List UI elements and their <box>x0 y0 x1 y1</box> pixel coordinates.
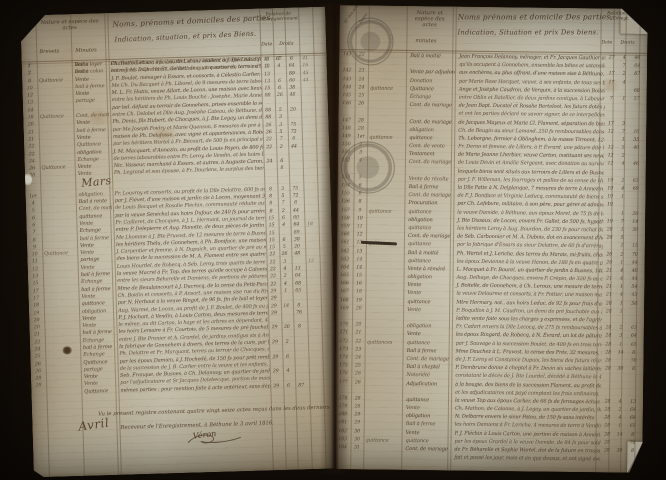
col-day: 12 <box>353 231 366 239</box>
header-relation-enregistrement: Relation de l'Enregistrement <box>260 12 296 23</box>
col-enregistrement-date <box>601 374 614 382</box>
col-acte-type <box>403 453 451 462</box>
col-droits-centimes: 64 <box>627 333 641 341</box>
col-acte-number: 164 <box>337 264 353 272</box>
col-enregistrement-date: 28 <box>601 365 614 373</box>
col-acte-number: 171 <box>336 329 352 337</box>
col-acte-number: 148 <box>338 125 354 133</box>
col-day: 28 <box>354 117 367 125</box>
col-droits-centimes: 43 <box>627 292 641 300</box>
col-extra-2 <box>312 62 327 70</box>
col-droits-francs: 2 <box>615 325 627 333</box>
col-enregistrement-date: 28 <box>600 447 613 455</box>
col-day <box>352 313 365 321</box>
col-droits-francs: 1 <box>615 341 627 349</box>
col-day: 16 <box>352 281 365 289</box>
col-extra-2 <box>315 171 330 184</box>
col-enregistrement-date <box>603 210 616 218</box>
col-acte-number: 175 <box>335 362 351 370</box>
col-droits-centimes: 64 <box>626 407 640 415</box>
header-rel-date: Date <box>261 42 272 47</box>
col-enregistrement-date: 26 <box>603 251 616 259</box>
col-acte-number: 177 <box>335 379 351 387</box>
col-droits-francs: 4 <box>617 186 629 194</box>
col-enregistrement-date: 28 <box>601 406 614 414</box>
col-droits-francs <box>614 357 626 365</box>
col-droits-centimes <box>626 390 640 398</box>
col-droits-francs: 3 <box>615 333 627 341</box>
col-enregistrement-date: 21 <box>603 267 616 275</box>
col-acte-number: 160 <box>337 231 353 239</box>
header-nature-des-actes: Nature et espèce des actes <box>36 18 102 32</box>
col-enregistrement-date: 19 <box>604 177 617 185</box>
col-day: 24 <box>355 84 368 92</box>
col-droits-centimes <box>285 63 299 71</box>
col-day: 26 <box>355 100 368 108</box>
col-enregistrement-date: 28 <box>600 439 613 447</box>
col-droits-centimes <box>628 235 642 243</box>
col-day: 30 <box>351 428 364 436</box>
header-prix-des-biens: Indication, situation, et prix des Biens… <box>113 30 258 44</box>
col-enregistrement-date <box>604 169 617 177</box>
col-droits-francs: 4 <box>614 398 626 406</box>
col-day: 19 <box>352 297 365 305</box>
col-day: 29 <box>351 412 364 420</box>
col-acte-number: 149 <box>338 133 354 141</box>
header-noms-parties: Noms prénoms et domicile Des parties, <box>458 12 598 21</box>
col-acte-number: 162 <box>337 248 353 256</box>
col-acte-number: 181 <box>335 420 351 428</box>
photographed-notary-register-spread: Dates des actes Nature et espèce des act… <box>0 0 666 480</box>
col-droits-centimes: 70 <box>628 251 642 259</box>
col-acte-number: 182 <box>335 428 351 436</box>
closing-note: Avril Vu le présent registre contenant q… <box>32 396 339 461</box>
col-acte-number: 176 <box>335 370 351 378</box>
col-acte-number: 156 <box>337 198 353 206</box>
col-droits-centimes <box>628 202 642 210</box>
col-enregistrement-date: 21 <box>602 275 615 283</box>
col-enregistrement-date: 28 <box>602 333 615 341</box>
col-droits-francs: 1 <box>614 423 626 431</box>
col-day: 15 <box>352 272 365 280</box>
col-droits-centimes <box>629 153 643 161</box>
col-droits-francs: 4 <box>615 292 627 300</box>
col-droits-francs: 4 <box>618 55 630 63</box>
col-droits-centimes: 87 <box>294 382 308 390</box>
col-droits-centimes: 87 <box>630 71 644 79</box>
col-enregistrement-date <box>264 173 277 186</box>
header-noms-parties: Noms, prénoms et domiciles des parties, <box>112 14 257 29</box>
col-enregistrement-date: 26 <box>603 234 616 242</box>
col-enregistrement-date <box>601 382 614 390</box>
col-droits-centimes: 8 <box>625 448 639 456</box>
col-day: 10 <box>353 215 366 223</box>
signature-veron: Véron <box>185 429 248 451</box>
col-droits-francs: 2 <box>614 407 626 415</box>
col-droits-francs: 1 <box>615 308 627 316</box>
header-brevets: Brevets <box>39 48 59 55</box>
col-droits-francs: 4 <box>618 79 630 87</box>
col-enregistrement-date <box>601 390 614 398</box>
col-droits-francs: 4 <box>614 415 626 423</box>
col-day: 26 <box>351 379 364 387</box>
col-acte-number: 183 <box>334 436 350 444</box>
col-enregistrement-date: 19 <box>603 202 616 210</box>
col-droits-francs: 6 <box>282 382 294 390</box>
col-enregistrement-date: 19 <box>603 194 616 202</box>
col-droits-centimes: 8 <box>626 431 640 439</box>
col-enregistrement-date: 17 <box>605 71 618 79</box>
col-extra-2 <box>322 381 337 389</box>
col-acte-number: 179 <box>335 403 351 411</box>
col-enregistrement-date <box>605 63 618 71</box>
col-day: 28 <box>354 125 367 133</box>
header-nature-des-actes: Nature et espèce des actes <box>408 10 452 29</box>
col-droits-francs <box>613 456 625 464</box>
col-droits-centimes <box>629 120 643 128</box>
col-droits-centimes: 63 <box>627 325 641 333</box>
col-droits-centimes: 65 <box>627 341 641 349</box>
col-day: 28 <box>351 403 364 411</box>
col-droits-centimes: 44 <box>627 276 641 284</box>
col-enregistrement-date <box>603 243 616 251</box>
col-droits-centimes: 64 <box>630 63 644 71</box>
col-droits-centimes: 68 <box>630 87 644 95</box>
col-droits-centimes: 63 <box>629 177 643 185</box>
col-droits-centimes <box>630 79 644 87</box>
col-droits-centimes: 26 <box>628 210 642 218</box>
col-droits-centimes: 8 <box>626 366 640 374</box>
col-acte-number: 146 <box>339 100 355 108</box>
col-enregistrement-date: 28 <box>601 423 614 431</box>
col-enregistrement-date <box>604 112 617 120</box>
col-droits-francs: 1 <box>616 226 628 234</box>
col-day: 25 <box>351 362 364 370</box>
header-prix-des-biens: Indication, Situation et prix Des biens. <box>458 28 598 36</box>
col-day: 8 <box>353 199 366 207</box>
col-enregistrement-date: 17 <box>605 79 618 87</box>
col-day: 29 <box>351 420 364 428</box>
header-rel-date: Date <box>601 40 612 45</box>
col-enregistrement-date <box>600 456 613 464</box>
col-droits-centimes: 40 <box>628 268 642 276</box>
col-enregistrement-date: 26 <box>603 259 616 267</box>
col-droits-centimes: 69 <box>629 186 643 194</box>
col-droits-centimes: 40 <box>629 145 643 153</box>
col-droits-francs <box>618 87 630 95</box>
col-enregistrement-date: 28 <box>601 431 614 439</box>
col-acte-number <box>334 452 350 460</box>
col-acte-number: 163 <box>337 256 353 264</box>
col-acte-number: 184 <box>334 444 350 452</box>
col-enregistrement-date: 28 <box>602 325 615 333</box>
month-label: Mars <box>81 177 112 187</box>
month-label-avril: Avril <box>78 416 110 434</box>
col-droits-francs: 1 <box>616 243 628 251</box>
col-droits-francs: 4 <box>616 267 628 275</box>
col-droits-centimes: 10 <box>629 128 643 136</box>
col-droits-francs <box>615 317 627 325</box>
col-enregistrement-date: 21 <box>602 284 615 292</box>
col-enregistrement-date: 28 <box>602 308 615 316</box>
col-droits-centimes: 65 <box>626 423 640 431</box>
col-droits-francs: 14 <box>615 349 627 357</box>
col-acte-number: 166 <box>336 280 352 288</box>
col-droits-francs: 5 <box>616 235 628 243</box>
col-day: 25 <box>355 92 368 100</box>
col-droits-francs: 1 <box>616 210 628 218</box>
col-day: 18 <box>352 289 365 297</box>
col-droits-francs <box>614 390 626 398</box>
col-acte-number: 142 <box>339 68 355 76</box>
header-minutes: minutes <box>415 38 436 44</box>
col-droits-francs <box>276 173 288 186</box>
col-droits-francs: 2 <box>617 153 629 161</box>
col-acte-number <box>338 108 354 116</box>
col-day <box>31 390 46 398</box>
header-rel-droits: Droits <box>279 42 293 47</box>
col-droits-francs: 4 <box>615 276 627 284</box>
col-droits-francs <box>616 202 628 210</box>
col-droits-francs <box>614 374 626 382</box>
col-acte-number <box>335 387 351 395</box>
col-enregistrement-date: 28 <box>602 300 615 308</box>
col-droits-centimes <box>626 382 640 390</box>
col-enregistrement-date: 12 <box>604 144 617 152</box>
col-day: 14 <box>353 264 366 272</box>
col-extra-1 <box>298 62 312 70</box>
col-droits-centimes: 57 <box>630 96 644 104</box>
col-enregistrement-date: 27 <box>605 54 618 62</box>
col-day: 28 <box>351 395 364 403</box>
col-droits-francs: 1 <box>616 194 628 202</box>
header-minutes: Minutes <box>75 47 97 54</box>
col-parties-et-biens: fait et passé les jour, mois et an que d… <box>451 454 600 464</box>
col-droits-centimes: 54 <box>627 284 641 292</box>
col-acte-number: 144 <box>339 84 355 92</box>
col-droits-francs: 7 <box>617 128 629 136</box>
col-droits-francs: 5 <box>617 145 629 153</box>
col-droits-francs <box>617 112 629 120</box>
col-day: 9 <box>353 207 366 215</box>
col-enregistrement-date: 7 <box>605 95 618 103</box>
header-relation-enregistrement: Relation de l'Enregt. <box>602 12 638 22</box>
col-day: 2 <box>22 70 37 78</box>
col-day <box>354 109 367 117</box>
col-droits-francs: 2 <box>617 177 629 185</box>
col-enregistrement-date: 12 <box>604 161 617 169</box>
col-acte-number <box>336 313 352 321</box>
col-droits-centimes <box>627 317 641 325</box>
col-brevet <box>46 389 82 397</box>
col-enregistrement-date: 28 <box>602 349 615 357</box>
col-brevet <box>37 69 73 77</box>
col-acte-number <box>339 59 355 67</box>
col-day: 14 <box>353 256 366 264</box>
col-acte-number: 145 <box>339 92 355 100</box>
col-day: 11 <box>353 223 366 231</box>
col-day: 1er <box>354 133 367 141</box>
col-droits-francs <box>618 104 630 112</box>
col-acte-number: 167 <box>336 289 352 297</box>
col-extra-1 <box>302 172 316 185</box>
col-acte-type: Bail à colon <box>73 68 108 76</box>
col-acte-number: 159 <box>337 223 353 231</box>
col-day: 23 <box>355 68 368 76</box>
col-acte-number: 178 <box>335 395 351 403</box>
col-enregistrement-date: 26 <box>603 226 616 234</box>
col-enregistrement-date: 12 <box>604 153 617 161</box>
col-droits-centimes: 14 <box>628 218 642 226</box>
col-enregistrement-date: 3 <box>260 63 273 71</box>
col-day: 21 <box>352 330 365 338</box>
col-acte-number: 174 <box>335 354 351 362</box>
col-acte-number: 170 <box>336 321 352 329</box>
col-enregistrement-date: 19 <box>603 218 616 226</box>
col-day: 24 <box>351 354 364 362</box>
col-brevet <box>363 453 403 462</box>
col-enregistrement-date <box>604 136 617 144</box>
col-day: 20 <box>352 305 365 313</box>
col-droits-centimes: 44 <box>628 259 642 267</box>
col-droits-centimes: 76 <box>625 439 639 447</box>
col-droits-centimes <box>630 104 644 112</box>
col-droits-francs: 7 <box>618 63 630 71</box>
col-enregistrement-date: 28 <box>601 415 614 423</box>
col-droits-francs: 14 <box>614 431 626 439</box>
col-enregistrement-date: 17 <box>604 120 617 128</box>
col-droits-francs: 30 <box>613 448 625 456</box>
col-acte-number: 169 <box>336 305 352 313</box>
col-acte-number: 147 <box>338 117 354 125</box>
col-droits-centimes <box>629 169 643 177</box>
col-acte-number: 155 <box>337 190 353 198</box>
col-droits-francs: 1 <box>615 300 627 308</box>
col-day <box>351 387 364 395</box>
col-enregistrement-date: 28 <box>601 398 614 406</box>
col-droits-francs: 1 <box>615 284 627 292</box>
col-acte-number: 158 <box>337 215 353 223</box>
col-droits-centimes <box>288 172 302 185</box>
col-day: 24 <box>355 76 368 84</box>
col-droits-centimes: 46 <box>629 161 643 169</box>
col-acte-number: 172 <box>336 338 352 346</box>
col-enregistrement-date <box>605 104 618 112</box>
col-acte-number: 180 <box>335 411 351 419</box>
col-enregistrement-date: 29 <box>270 383 283 391</box>
col-droits-centimes: 46 <box>630 55 644 63</box>
col-day: 20 <box>352 321 365 329</box>
col-droits-francs: 1 <box>617 136 629 144</box>
col-droits-centimes: 15 <box>628 243 642 251</box>
col-acte-number: 168 <box>336 297 352 305</box>
col-acte-number: 173 <box>336 346 352 354</box>
col-droits-centimes <box>627 308 641 316</box>
col-acte-number: 143 <box>339 76 355 84</box>
col-acte-number: 161 <box>337 239 353 247</box>
col-enregistrement-date: 12 <box>604 128 617 136</box>
header-rel-droits: Droits <box>620 41 634 46</box>
col-day: 13 <box>353 248 366 256</box>
col-droits-francs <box>273 63 285 71</box>
col-droits-francs: 2 <box>616 251 628 259</box>
col-acte-number: 157 <box>337 207 353 215</box>
col-droits-centimes <box>629 112 643 120</box>
left-page: Dates des actes Nature et espèce des act… <box>20 7 339 478</box>
col-extra-1 <box>308 382 322 390</box>
col-enregistrement-date <box>605 87 618 95</box>
col-droits-francs <box>613 439 625 447</box>
col-droits-francs: 3 <box>617 120 629 128</box>
col-enregistrement-date <box>602 316 615 324</box>
col-day: 23 <box>352 346 365 354</box>
col-droits-francs <box>617 169 629 177</box>
col-enregistrement-date: 21 <box>602 292 615 300</box>
col-droits-centimes: 13 <box>626 399 640 407</box>
col-droits-francs: 1 <box>616 259 628 267</box>
col-day: 30 <box>350 436 363 444</box>
col-day: 31 <box>350 444 363 452</box>
col-droits-centimes: 30 <box>628 227 642 235</box>
col-droits-francs: 2 <box>618 71 630 79</box>
col-droits-centimes <box>625 456 639 464</box>
note-line-1: Vu le présent registre contenant quatre … <box>98 405 330 418</box>
col-droits-francs <box>614 382 626 390</box>
col-day <box>350 452 363 460</box>
col-enregistrement-date: 28 <box>602 341 615 349</box>
right-page: N° des actes Dates Nature et espèce des … <box>334 5 648 473</box>
col-brevet <box>40 179 77 193</box>
col-droits-centimes: 56 <box>627 300 641 308</box>
col-droits-francs: 1 <box>618 95 630 103</box>
col-enregistrement-date: 28 <box>601 357 614 365</box>
col-droits-francs: 7 <box>616 218 628 226</box>
col-droits-francs: 4 <box>617 161 629 169</box>
col-enregistrement-date: 19 <box>604 185 617 193</box>
col-droits-centimes <box>628 194 642 202</box>
col-day: 26 <box>351 371 364 379</box>
right-page-entries: 141 22 Bail à moitié Jean François Delan… <box>334 51 647 464</box>
col-droits-centimes: 76 <box>626 358 640 366</box>
col-acte-type: Quittance <box>82 388 117 396</box>
col-droits-centimes: 8 <box>627 349 641 357</box>
col-droits-centimes: 68 <box>626 415 640 423</box>
col-acte-number: 165 <box>336 272 352 280</box>
col-droits-francs: 30 <box>614 366 626 374</box>
col-droits-centimes <box>626 374 640 382</box>
col-droits-centimes: 35 <box>629 137 643 145</box>
col-day: 22 <box>352 338 365 346</box>
